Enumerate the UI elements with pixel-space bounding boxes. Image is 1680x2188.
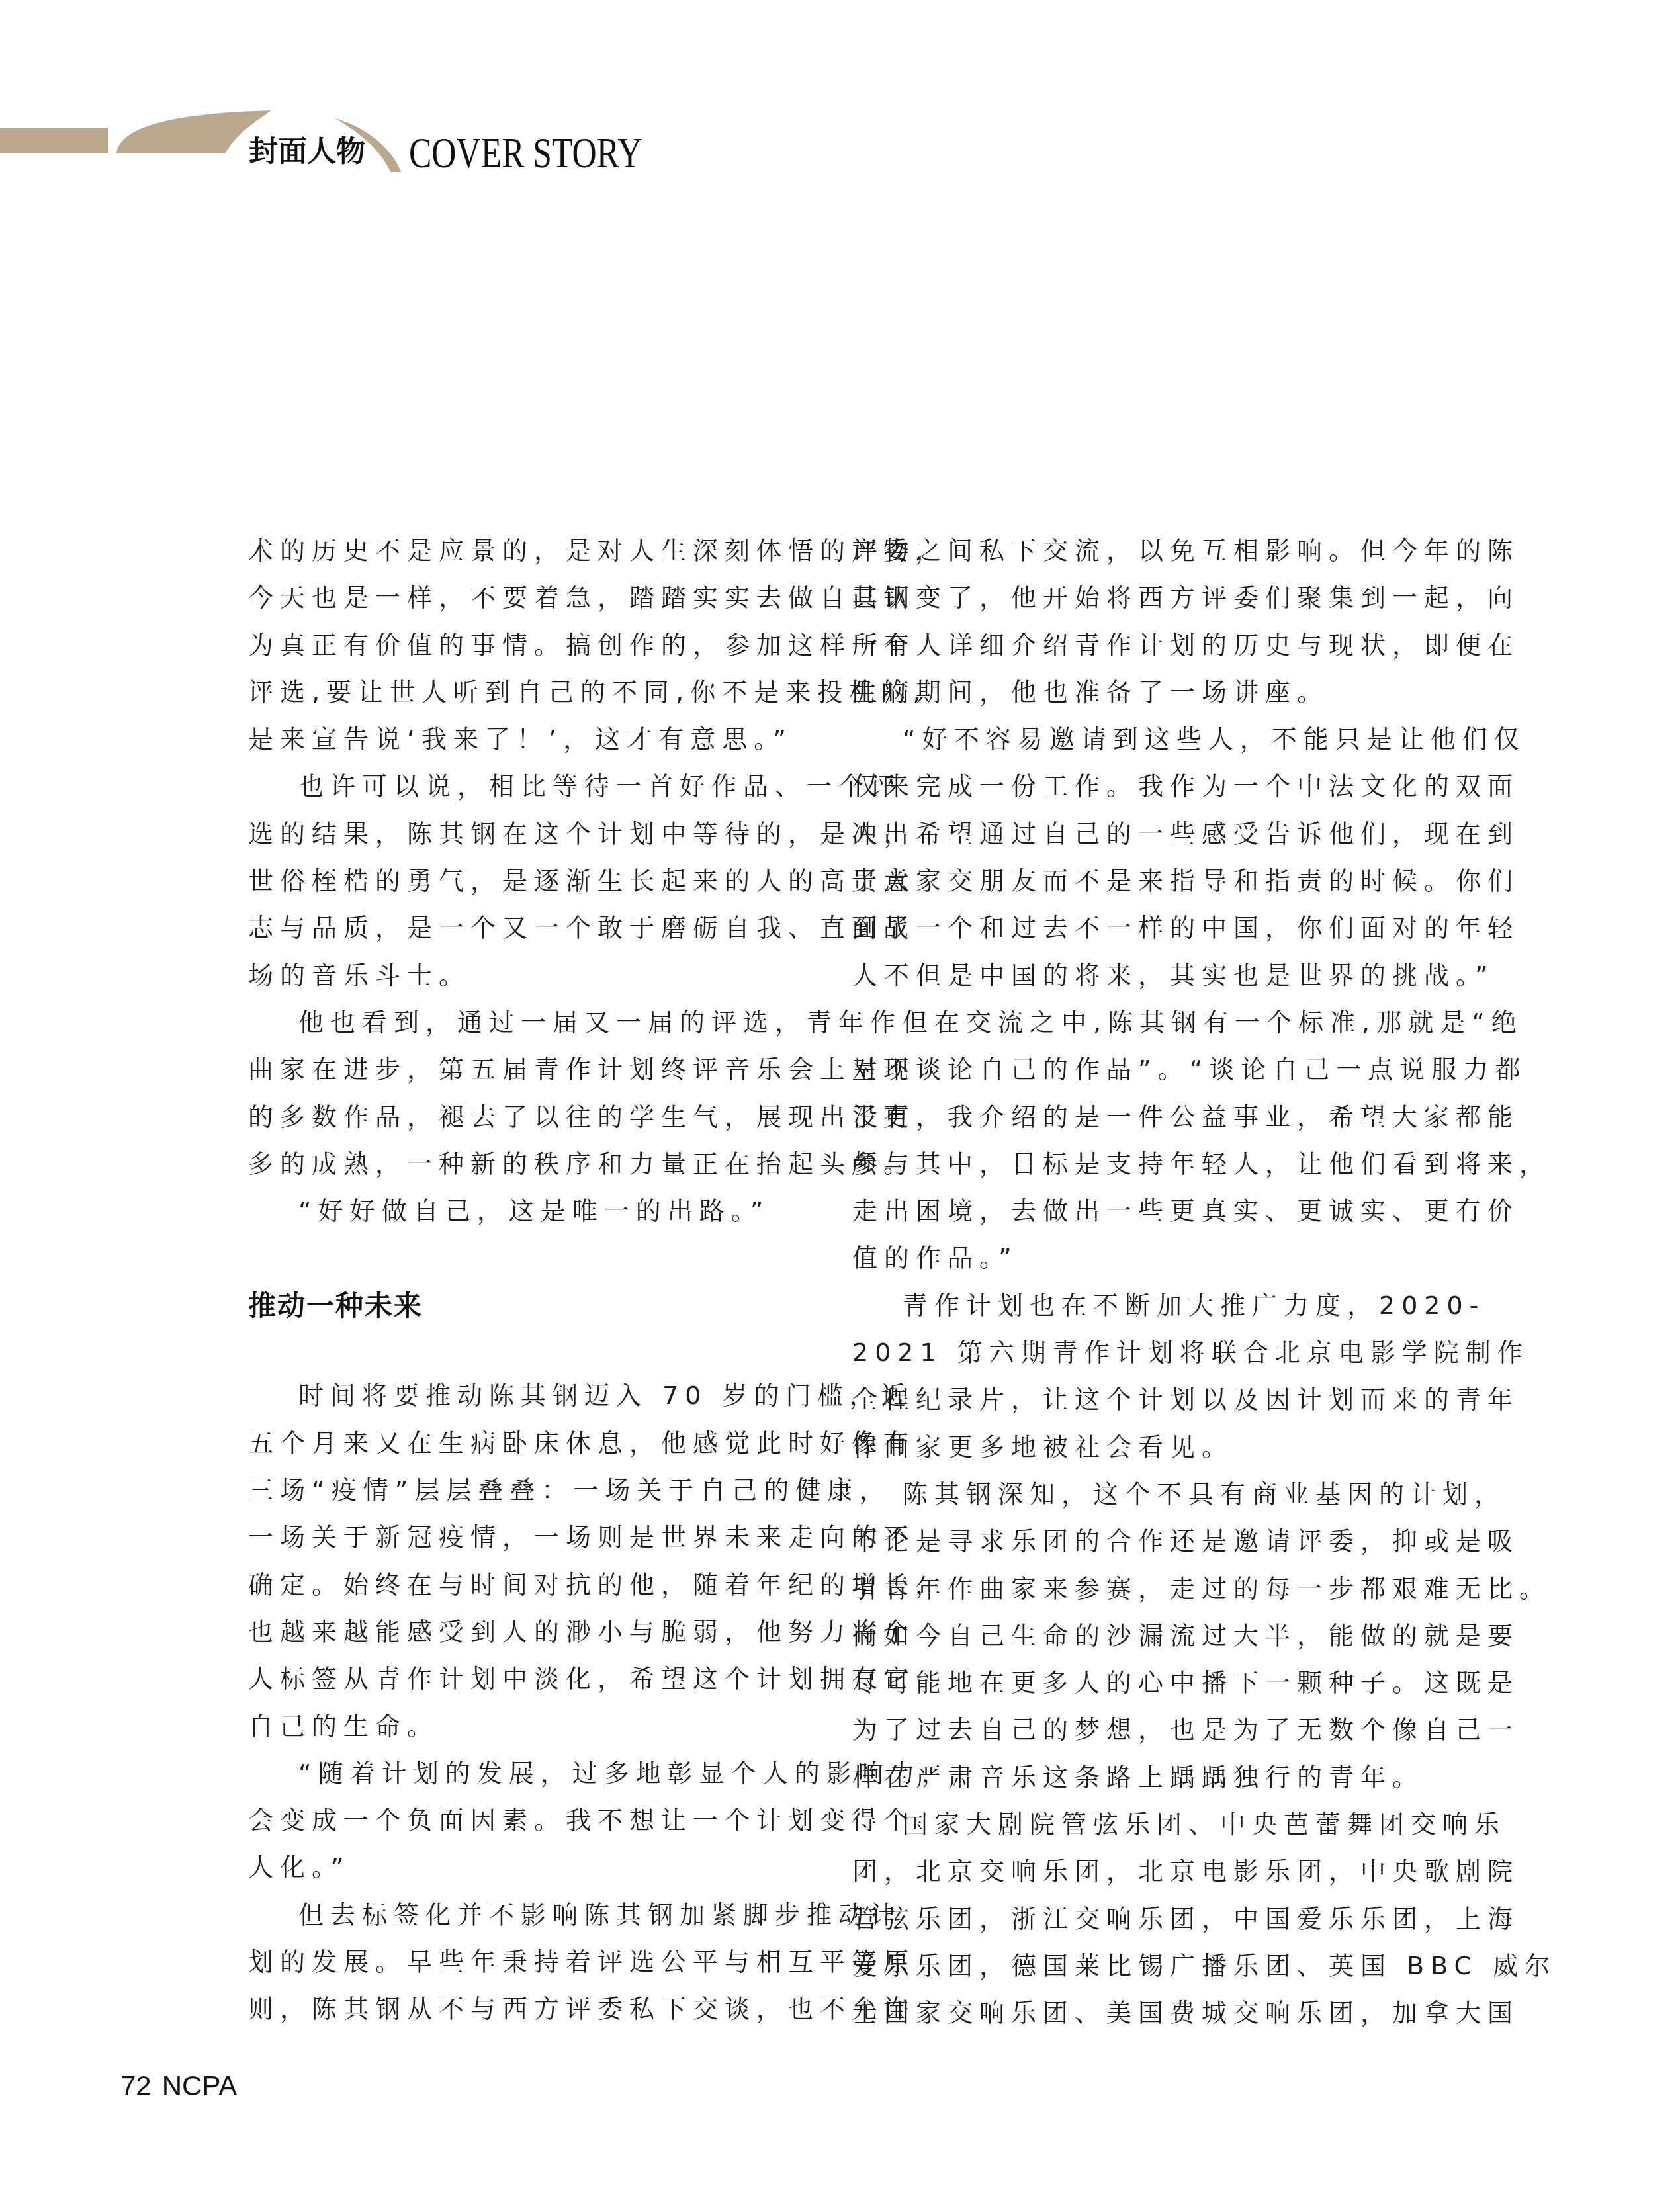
text-line: 爱乐乐团，德国莱比锡广播乐团、英国 BBC 威尔: [802, 1943, 1409, 1990]
text-line: 团，北京交响乐团，北京电影乐团，中央歌剧院: [802, 1848, 1409, 1895]
paragraphs-before-heading: 术的历史不是应景的，是对人生深刻体悟的产物，今天也是一样，不要着急，踏踏实实去做…: [248, 527, 805, 1235]
text-line: 也许可以说，相比等待一首好作品、一个评: [248, 763, 805, 810]
text-line: 士国家交响乐团、美国费城交响乐团，加拿大国: [802, 1990, 1409, 2036]
text-line: 人，希望通过自己的一些感受告诉他们，现在到: [802, 810, 1409, 857]
text-line: 选的结果，陈其钢在这个计划中等待的，是冲出: [198, 810, 805, 857]
paragraph: 术的历史不是应景的，是对人生深刻体悟的产物，今天也是一样，不要着急，踏踏实实去做…: [248, 527, 805, 763]
article-column-left: 术的历史不是应景的，是对人生深刻体悟的产物，今天也是一样，不要着急，踏踏实实去做…: [248, 527, 805, 2033]
text-line: 所有人详细介绍青作计划的历史与现状，即便在: [852, 622, 1409, 669]
text-line: 为真正有价值的事情。搞创作的，参加这样一个: [248, 622, 805, 669]
text-line: 全程纪录片，让这个计划以及因计划而来的青年: [802, 1376, 1409, 1423]
page-footer: 72NCPA: [120, 2070, 237, 2103]
text-line: 为了过去自己的梦想，也是为了无数个像自己一: [802, 1706, 1409, 1753]
text-line: 不论是寻求乐团的合作还是邀请评委，抑或是吸: [802, 1518, 1409, 1565]
text-line: 了大家交朋友而不是来指导和指责的时候。你们: [802, 857, 1409, 904]
text-line: 管弦乐团，浙江交响乐团，中国爱乐乐团，上海: [802, 1896, 1409, 1943]
text-line: 会变成一个负面因素。我不想让一个计划变得个: [198, 1797, 805, 1844]
text-line: 作曲家更多地被社会看见。: [802, 1424, 1409, 1471]
text-line: 参与其中，目标是支持年轻人，让他们看到将来，: [802, 1141, 1409, 1188]
paragraph: 但去标签化并不影响陈其钢加紧脚步推动计划的发展。早些年秉持着评选公平与相互平等原…: [248, 1892, 805, 2033]
text-line: 人标签从青作计划中淡化，希望这个计划拥有它: [198, 1655, 805, 1702]
paragraph: 国家大剧院管弦乐团、中央芭蕾舞团交响乐团，北京交响乐团，北京电影乐团，中央歌剧院…: [852, 1801, 1409, 2036]
header-wing-shape: [116, 110, 271, 153]
text-line: 引青年作曲家来参赛，走过的每一步都艰难无比。: [802, 1565, 1409, 1612]
text-line: “好好做自己，这是唯一的出路。”: [248, 1188, 805, 1235]
text-line: 到了一个和过去不一样的中国，你们面对的年轻: [802, 904, 1409, 951]
text-line: 评选,要让世人听到自己的不同,你不是来投机的,: [248, 669, 805, 716]
section-label-chinese: 封面人物: [249, 132, 365, 172]
text-line: 是来宣告说‘我来了！’，这才有意思。”: [248, 716, 805, 763]
publication-name: NCPA: [162, 2070, 238, 2101]
paragraph: “好好做自己，这是唯一的出路。”: [248, 1188, 805, 1235]
text-line: 世俗桎梏的勇气，是逐渐生长起来的人的高贵意: [198, 857, 805, 904]
paragraph: 但在交流之中,陈其钢有一个标准,那就是“绝对不谈论自己的作品”。“谈论自己一点说…: [852, 999, 1409, 1282]
paragraph: 也许可以说，相比等待一首好作品、一个评选的结果，陈其钢在这个计划中等待的，是冲出…: [248, 763, 805, 998]
paragraph: 青作计划也在不断加大推广力度，2020-2021 第六期青作计划将联合北京电影学…: [852, 1282, 1409, 1471]
text-line: 今天也是一样，不要着急，踏踏实实去做自己认: [248, 574, 805, 621]
text-line: “好不容易邀请到这些人，不能只是让他们仅: [852, 716, 1409, 763]
paragraph: “好不容易邀请到这些人，不能只是让他们仅仅来完成一份工作。我作为一个中法文化的双…: [852, 716, 1409, 999]
text-line: 没有，我介绍的是一件公益事业，希望大家都能: [802, 1094, 1409, 1141]
text-line: 术的历史不是应景的，是对人生深刻体悟的产物，: [248, 527, 805, 574]
article-column-right: 评委之间私下交流，以免互相影响。但今年的陈其钢变了，他开始将西方评委们聚集到一起…: [852, 527, 1409, 2037]
text-line: 他也看到，通过一届又一届的评选，青年作: [248, 999, 805, 1046]
text-line: 三场“疫情”层层叠叠：一场关于自己的健康，: [198, 1467, 805, 1514]
paragraph: 陈其钢深知，这个不具有商业基因的计划，不论是寻求乐团的合作还是邀请评委，抑或是吸…: [852, 1471, 1409, 1801]
page-number: 72: [120, 2070, 152, 2101]
text-line: 则，陈其钢从不与西方评委私下交谈，也不允许: [198, 1986, 805, 2033]
text-line: 评委之间私下交流，以免互相影响。但今年的陈: [852, 527, 1409, 574]
text-line: 人化。”: [198, 1844, 805, 1891]
text-line: 青作计划也在不断加大推广力度，2020-: [852, 1282, 1409, 1329]
text-line: 多的成熟，一种新的秩序和力量正在抬起头颅。: [198, 1141, 805, 1188]
text-line: 也越来越能感受到人的渺小与脆弱，他努力将个: [198, 1608, 805, 1655]
paragraph: 他也看到，通过一届又一届的评选，青年作曲家在进步，第五届青作计划终评音乐会上呈现…: [248, 999, 805, 1188]
text-line: 国家大剧院管弦乐团、中央芭蕾舞团交响乐: [852, 1801, 1409, 1848]
text-line: 生病期间，他也准备了一场讲座。: [852, 669, 1409, 716]
text-line: 尽可能地在更多人的心中播下一颗种子。这既是: [802, 1659, 1409, 1706]
text-line: 陈其钢深知，这个不具有商业基因的计划，: [852, 1471, 1409, 1518]
header-band-shape: [0, 128, 108, 153]
text-line: “随着计划的发展，过多地彰显个人的影响力，: [248, 1750, 805, 1797]
text-line: 2021 第六期青作计划将联合北京电影学院制作: [802, 1329, 1409, 1376]
text-line: 曲家在进步，第五届青作计划终评音乐会上呈现: [198, 1046, 805, 1093]
text-line: 确定。始终在与时间对抗的他，随着年纪的增长，: [198, 1561, 805, 1608]
paragraphs-right: 评委之间私下交流，以免互相影响。但今年的陈其钢变了，他开始将西方评委们聚集到一起…: [852, 527, 1409, 2037]
paragraph: 评委之间私下交流，以免互相影响。但今年的陈其钢变了，他开始将西方评委们聚集到一起…: [852, 527, 1409, 716]
text-line: 一场关于新冠疫情，一场则是世界未来走向的不: [198, 1514, 805, 1561]
text-line: 对不谈论自己的作品”。“谈论自己一点说服力都: [802, 1046, 1409, 1093]
text-line: 但去标签化并不影响陈其钢加紧脚步推动计: [248, 1892, 805, 1939]
section-heading: 推动一种未来: [248, 1286, 805, 1326]
paragraph: 时间将要推动陈其钢迈入 70 岁的门槛，近五个月来又在生病卧床休息，他感觉此时好…: [248, 1372, 805, 1749]
text-line: 仅来完成一份工作。我作为一个中法文化的双面: [802, 763, 1409, 810]
text-line: 但在交流之中,陈其钢有一个标准,那就是“绝: [852, 999, 1409, 1046]
text-line: 志与品质，是一个又一个敢于磨砺自我、直面战: [198, 904, 805, 951]
text-line: 人不但是中国的将来，其实也是世界的挑战。”: [802, 952, 1409, 999]
text-line: 走出困境，去做出一些更真实、更诚实、更有价: [802, 1188, 1409, 1235]
text-line: 样在严肃音乐这条路上踽踽独行的青年。: [802, 1754, 1409, 1801]
text-line: 场的音乐斗士。: [198, 952, 805, 999]
section-label-english: COVER STORY: [409, 130, 642, 177]
text-line: 而如今自己生命的沙漏流过大半，能做的就是要: [802, 1612, 1409, 1659]
text-line: 的多数作品，褪去了以往的学生气，展现出了更: [198, 1094, 805, 1141]
text-line: 值的作品。”: [802, 1235, 1409, 1282]
text-line: 五个月来又在生病卧床休息，他感觉此时好像有: [198, 1420, 805, 1467]
text-line: 时间将要推动陈其钢迈入 70 岁的门槛，近: [248, 1372, 805, 1419]
text-line: 划的发展。早些年秉持着评选公平与相互平等原: [198, 1939, 805, 1986]
paragraphs-after-heading: 时间将要推动陈其钢迈入 70 岁的门槛，近五个月来又在生病卧床休息，他感觉此时好…: [248, 1372, 805, 2033]
paragraph: “随着计划的发展，过多地彰显个人的影响力，会变成一个负面因素。我不想让一个计划变…: [248, 1750, 805, 1892]
text-line: 其钢变了，他开始将西方评委们聚集到一起，向: [852, 574, 1409, 621]
text-line: 自己的生命。: [198, 1703, 805, 1750]
